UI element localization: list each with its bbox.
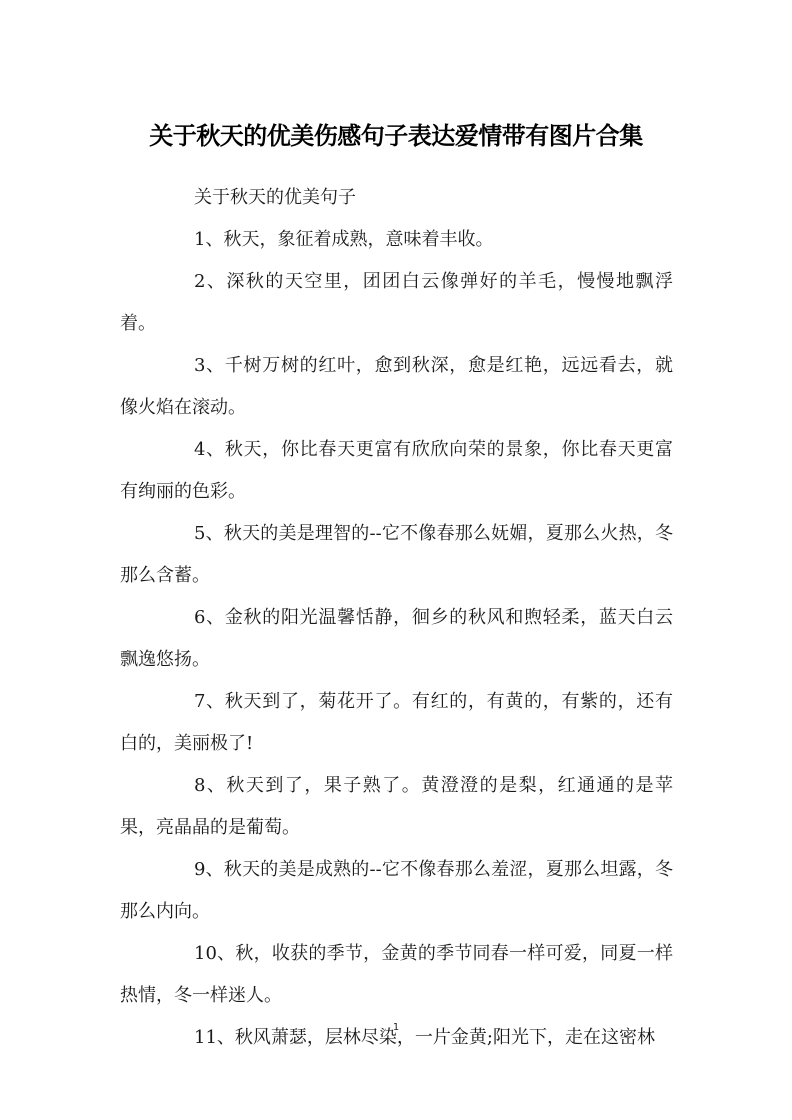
- paragraph-8: 8、秋天到了，果子熟了。黄澄澄的是梨，红通通的是苹果，亮晶晶的是葡萄。: [120, 765, 673, 849]
- section-heading: 关于秋天的优美句子: [120, 177, 673, 219]
- paragraph-3: 3、千树万树的红叶，愈到秋深，愈是红艳，远远看去，就像火焰在滚动。: [120, 345, 673, 429]
- paragraph-2: 2、深秋的天空里，团团白云像弹好的羊毛，慢慢地飘浮着。: [120, 261, 673, 345]
- paragraph-9: 9、秋天的美是成熟的--它不像春那么羞涩，夏那么坦露，冬那么内向。: [120, 849, 673, 933]
- paragraph-7: 7、秋天到了，菊花开了。有红的，有黄的，有紫的，还有白的，美丽极了!: [120, 681, 673, 765]
- document-page: 关于秋天的优美伤感句子表达爱情带有图片合集 关于秋天的优美句子 1、秋天，象征着…: [0, 0, 792, 1120]
- paragraph-5: 5、秋天的美是理智的--它不像春那么妩媚，夏那么火热，冬那么含蓄。: [120, 513, 673, 597]
- paragraph-4: 4、秋天，你比春天更富有欣欣向荣的景象，你比春天更富有绚丽的色彩。: [120, 429, 673, 513]
- paragraph-10: 10、秋，收获的季节，金黄的季节同春一样可爱，同夏一样热情，冬一样迷人。: [120, 933, 673, 1017]
- document-body: 关于秋天的优美句子 1、秋天，象征着成熟，意味着丰收。 2、深秋的天空里，团团白…: [120, 177, 673, 1059]
- document-title: 关于秋天的优美伤感句子表达爱情带有图片合集: [0, 118, 792, 154]
- paragraph-6: 6、金秋的阳光温馨恬静，徊乡的秋风和煦轻柔，蓝天白云飘逸悠扬。: [120, 597, 673, 681]
- paragraph-1: 1、秋天，象征着成熟，意味着丰收。: [120, 219, 673, 261]
- page-number: 1: [0, 1022, 792, 1033]
